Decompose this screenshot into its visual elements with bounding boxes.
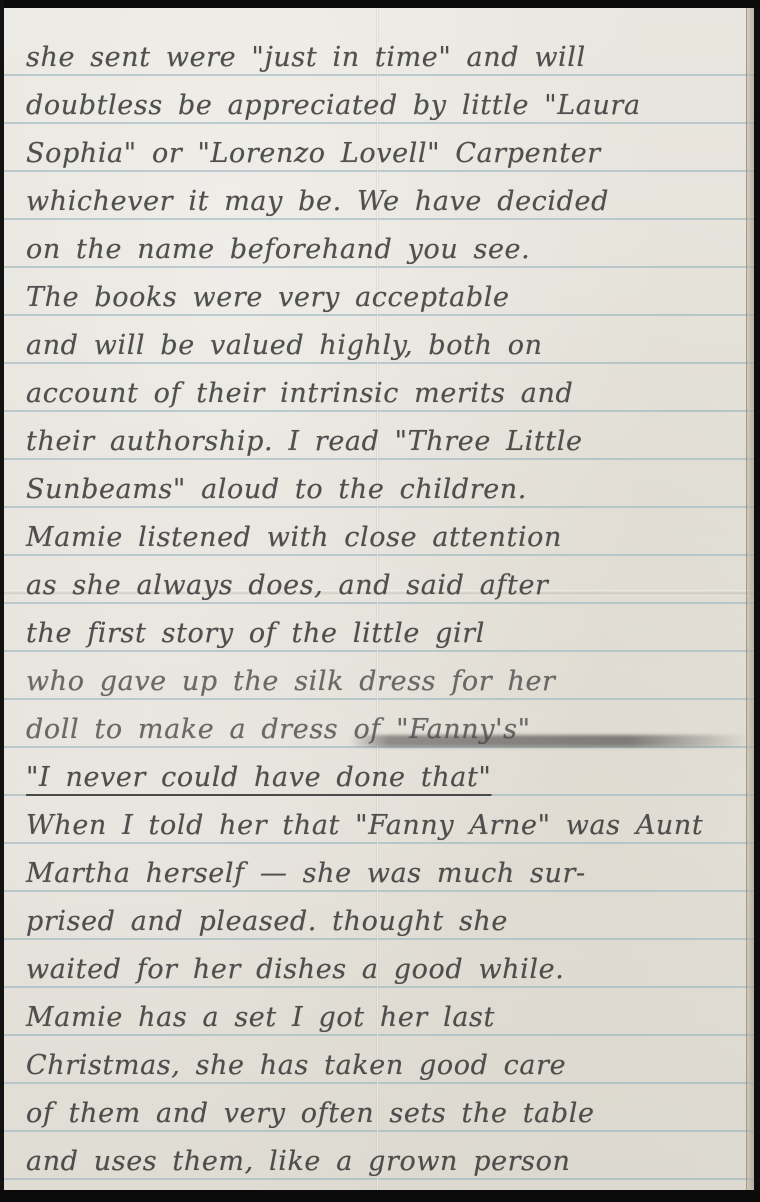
letter-page: she sent were "just in time" and will do… (4, 8, 754, 1190)
text-line: When I told her that "Fanny Arne" was Au… (26, 806, 746, 846)
underlined-quote: "I never could have done that" (26, 762, 491, 793)
text-line: waited for her dishes a good while. (26, 950, 746, 990)
text-line: Mamie listened with close attention (26, 518, 746, 558)
paper-right-edge (746, 8, 754, 1190)
text-line: Sunbeams" aloud to the children. (26, 470, 746, 510)
text-line: Martha herself — she was much sur- (26, 854, 746, 894)
text-line: Sophia" or "Lorenzo Lovell" Carpenter (26, 134, 746, 174)
text-line: the first story of the little girl (26, 614, 746, 654)
text-line: as she always does, and said after (26, 566, 746, 606)
text-line: their authorship. I read "Three Little (26, 422, 746, 462)
scan-border-bottom (0, 1190, 760, 1202)
text-line: account of their intrinsic merits and (26, 374, 746, 414)
text-line: doll to make a dress of "Fanny's" (26, 710, 746, 750)
text-line: on the name beforehand you see. (26, 230, 746, 270)
text-line: she sent were "just in time" and will (26, 38, 746, 78)
text-line: prised and pleased. thought she (26, 902, 746, 942)
text-line: and will be valued highly, both on (26, 326, 746, 366)
text-line: doubtless be appreciated by little "Laur… (26, 86, 746, 126)
text-line: whichever it may be. We have decided (26, 182, 746, 222)
text-line: Mamie has a set I got her last (26, 998, 746, 1038)
text-line: Christmas, she has taken good care (26, 1046, 746, 1086)
text-line: and uses them, like a grown person (26, 1142, 746, 1182)
text-line-underlined: "I never could have done that" (26, 758, 746, 798)
text-line: of them and very often sets the table (26, 1094, 746, 1134)
scan-border-top (0, 0, 760, 8)
text-line: The books were very acceptable (26, 278, 746, 318)
text-line: who gave up the silk dress for her (26, 662, 746, 702)
